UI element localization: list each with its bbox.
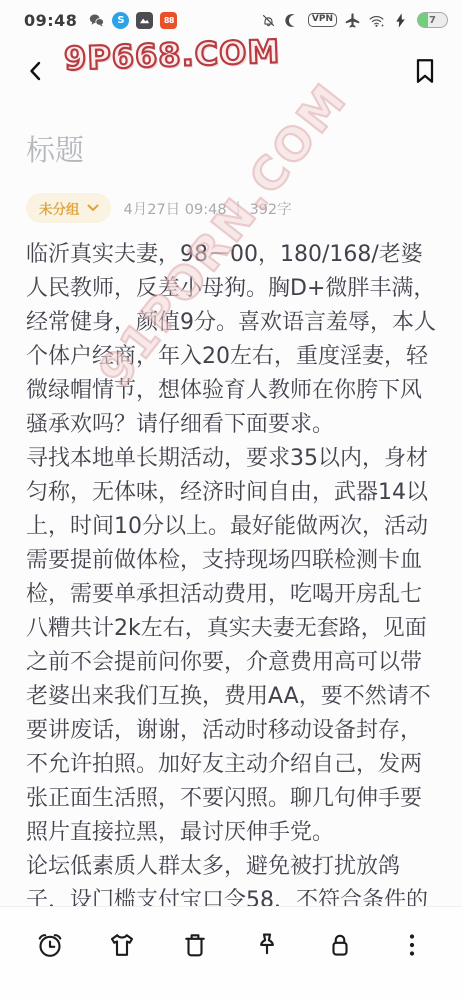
bottom-toolbar [0,906,462,1000]
reminder-alarm-button[interactable] [32,927,68,963]
wechat-icon [88,12,105,29]
chevron-down-icon [87,204,99,212]
more-vertical-icon [397,930,427,960]
more-options-button[interactable] [394,927,430,963]
pin-button[interactable] [249,927,285,963]
trash-icon [180,930,210,960]
phone-screen: 09:48 S 88 VPN [0,0,462,1000]
pushpin-icon [252,930,282,960]
bookmark-icon[interactable] [412,57,438,85]
skin-theme-button[interactable] [104,927,140,963]
note-date: 4月27日 09:48 [124,198,227,219]
note-body[interactable]: 临沂真实夫妻，98－00，180/168/老婆人民教师，反差小母狗。胸D+微胖丰… [26,238,436,986]
header [0,44,462,98]
battery-indicator: 7 [417,12,448,28]
tshirt-icon [107,930,137,960]
vpn-badge: VPN [308,13,337,27]
wifi-issue-icon [368,12,385,29]
word-count: 392字 [249,198,291,219]
charging-bolt-icon [392,12,409,29]
browser-app-icon: S [112,12,129,29]
paragraph: 临沂真实夫妻，98－00，180/168/老婆人民教师，反差小母狗。胸D+微胖丰… [26,238,436,442]
group-tag-label: 未分组 [39,198,80,218]
notification-muted-icon [260,12,277,29]
status-bar: 09:48 S 88 VPN [0,0,462,36]
orange-app-icon: 88 [160,12,177,29]
paragraph: 寻找本地单长期活动，要求35以内，身材匀称，无体味，经济时间自由，武器14以上，… [26,442,436,850]
battery-percent: 7 [418,13,447,27]
gallery-app-icon [136,12,153,29]
note-meta-text: 4月27日 09:48 | 392字 [124,198,292,219]
delete-button[interactable] [177,927,213,963]
group-tag-pill[interactable]: 未分组 [26,193,111,223]
meta-divider: | [236,200,241,216]
airplane-mode-icon [344,12,361,29]
meta-row: 未分组 4月27日 09:48 | 392字 [26,193,436,223]
note-content: 标题 未分组 4月27日 09:48 | 392字 临沂真实夫妻，98－00，1… [0,128,462,986]
status-time: 09:48 [24,11,77,30]
lock-button[interactable] [322,927,358,963]
alarm-clock-icon [35,930,65,960]
lock-icon [325,930,355,960]
back-icon[interactable] [24,59,48,83]
do-not-disturb-moon-icon [284,12,301,29]
title-placeholder[interactable]: 标题 [26,128,436,169]
